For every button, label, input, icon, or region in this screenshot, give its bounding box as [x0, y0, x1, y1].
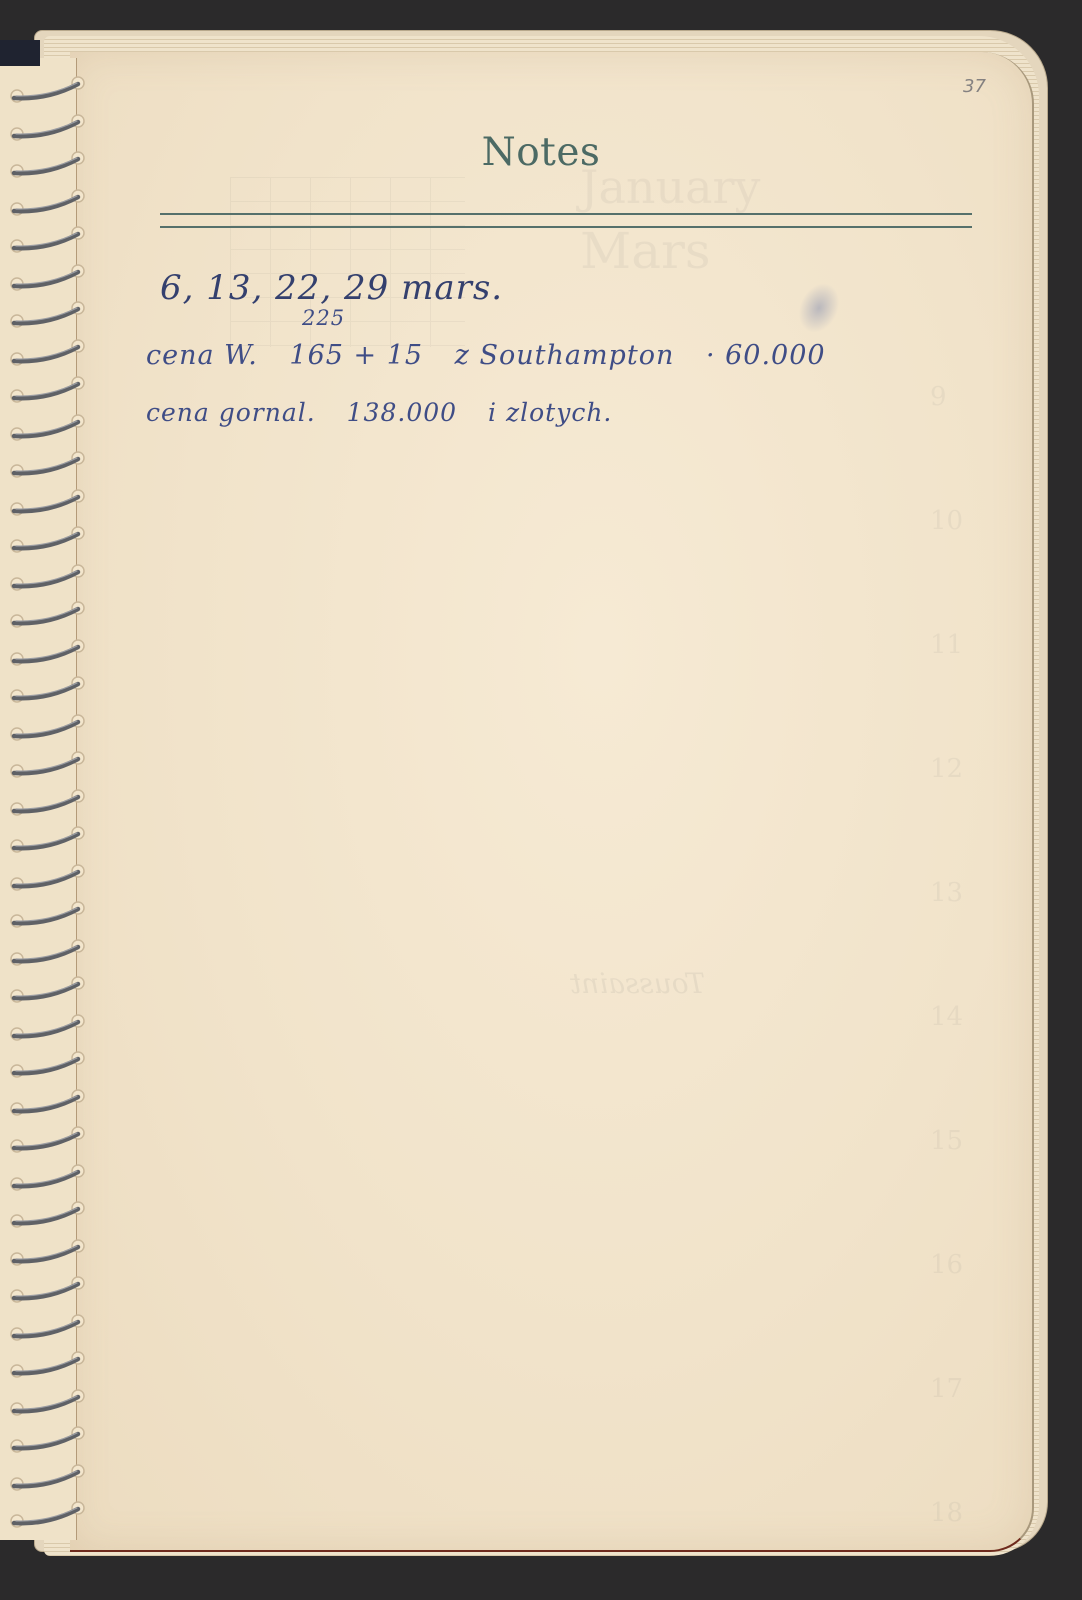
price-label: cena gornal. — [146, 398, 316, 427]
spiral-ring — [8, 1237, 82, 1259]
spiral-ring — [8, 412, 82, 434]
spiral-ring — [8, 937, 82, 959]
spiral-ring — [8, 862, 82, 884]
price-total: · 60.000 — [706, 340, 826, 371]
bleed-through-pencil-note: Toussaint — [570, 967, 705, 1000]
spiral-ring — [8, 749, 82, 771]
spiral-ring — [8, 674, 82, 696]
price-note: i zlotych. — [488, 398, 612, 427]
spiral-ring — [8, 524, 82, 546]
bleed-through-hour: 11 — [930, 630, 963, 660]
bleed-through-hour: 9 — [930, 382, 947, 412]
spiral-ring — [8, 487, 82, 509]
spiral-ring — [8, 1162, 82, 1184]
spiral-ring — [8, 262, 82, 284]
spiral-ring — [8, 1387, 82, 1409]
price-label: cena W. — [146, 340, 258, 371]
spiral-ring — [8, 1012, 82, 1034]
spiral-ring — [8, 74, 82, 96]
page-number: 37 — [963, 76, 986, 97]
spiral-ring — [8, 1424, 82, 1446]
bleed-through-hour: 18 — [930, 1498, 963, 1528]
bleed-through-hour: 12 — [930, 754, 963, 784]
price-amount: 138.000 — [347, 398, 457, 427]
bleed-through-calendar-grid — [230, 177, 465, 347]
spiral-ring — [8, 824, 82, 846]
price-correction: 225 — [302, 306, 345, 330]
heading-rule-bottom — [160, 226, 972, 228]
note-line-dates: 6, 13, 22, 29 mars. — [160, 268, 503, 308]
bleed-through-saint: Mars — [580, 222, 711, 280]
spiral-ring — [8, 712, 82, 734]
spiral-ring — [8, 899, 82, 921]
bleed-through-hour: 15 — [930, 1126, 963, 1156]
spiral-ring — [8, 337, 82, 359]
bleed-through-hour: 14 — [930, 1002, 963, 1032]
spiral-ring — [8, 1462, 82, 1484]
spiral-ring — [8, 1049, 82, 1071]
spiral-ring — [8, 787, 82, 809]
spiral-ring — [8, 1312, 82, 1334]
spiral-ring — [8, 1124, 82, 1146]
price-destination: z Southampton — [455, 340, 675, 371]
page-heading: Notes — [0, 130, 1082, 175]
spiral-ring — [8, 562, 82, 584]
note-line-price-gornal: cena gornal. 138.000 i zlotych. — [146, 398, 634, 427]
spiral-ring — [8, 599, 82, 621]
bleed-through-hour: 10 — [930, 506, 963, 536]
spiral-ring — [8, 299, 82, 321]
spiral-ring — [8, 1274, 82, 1296]
spiral-ring — [8, 1199, 82, 1221]
spiral-ring — [8, 187, 82, 209]
spiral-ring — [8, 974, 82, 996]
heading-rule-top — [160, 213, 972, 215]
spiral-ring — [8, 1499, 82, 1521]
bleed-through-hour: 16 — [930, 1250, 963, 1280]
spiral-ring — [8, 224, 82, 246]
spiral-ring — [8, 449, 82, 471]
bleed-through-hour: 13 — [930, 878, 963, 908]
spiral-ring — [8, 1087, 82, 1109]
spiral-ring — [8, 637, 82, 659]
price-amount: 165 + 15 — [289, 340, 423, 371]
cover-corner — [0, 40, 40, 66]
note-line-price-w: cena W. 225 165 + 15 z Southampton · 60.… — [146, 340, 848, 371]
spiral-ring — [8, 374, 82, 396]
bleed-through-hour: 17 — [930, 1374, 963, 1404]
spiral-ring — [8, 1349, 82, 1371]
